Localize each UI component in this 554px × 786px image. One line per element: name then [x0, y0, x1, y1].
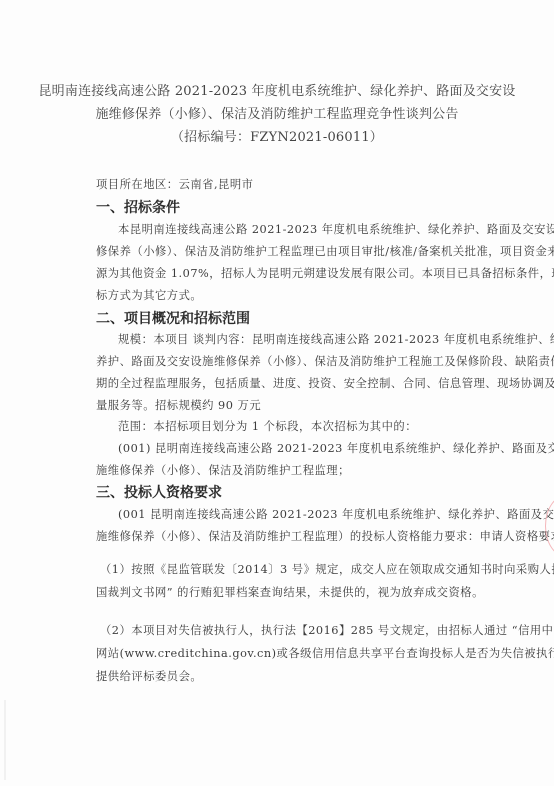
paragraph-line: 量服务等。招标规模约 90 万元: [96, 397, 261, 413]
project-location: 项目所在地区：云南省,昆明市: [96, 176, 253, 192]
section-1-heading: 一、招标条件: [96, 197, 180, 217]
red-seal-stamp: [545, 495, 554, 557]
paragraph-line: 规模：本项目 谈判内容：昆明南连接线高速公路 2021-2023 年度机电系统维…: [118, 331, 554, 347]
paragraph-line: 源为其他资金 1.07%，招标人为昆明元朔建设发展有限公司。本项目已具备招标条件…: [96, 265, 554, 281]
paragraph-line: 修保养（小修）、保洁及消防维护工程监理已由项目审批/核准/备案机关批准，项目资金…: [96, 243, 554, 259]
scan-edge-mark: [4, 700, 6, 780]
paragraph-line: 施维修保养（小修）、保洁及消防维护工程监理）的投标人资格能力要求：申请人资格要求: [96, 528, 554, 544]
title-line-1: 昆明南连接线高速公路 2021-2023 年度机电系统维护、绿化养护、路面及交安…: [0, 80, 554, 103]
document-page: 昆明南连接线高速公路 2021-2023 年度机电系统维护、绿化养护、路面及交安…: [0, 0, 554, 786]
section-3-heading: 三、投标人资格要求: [96, 482, 222, 502]
section-2-heading: 二、项目概况和招标范围: [96, 308, 250, 328]
clause-2-line: （2）本项目对失信被执行人，执行法【2016】285 号文规定，由招标人通过 “…: [100, 622, 554, 638]
paragraph-line: 养护、路面及交安设施维修保养（小修）、保洁及消防维护工程施工及保修阶段、缺陷责任: [96, 353, 554, 369]
tender-number: （招标编号：FZYN2021-06011）: [0, 126, 554, 149]
clause-1-line: 国裁判文书网” 的行贿犯罪档案查询结果，未提供的，视为放弃成交资格。: [96, 584, 484, 600]
paragraph-line: 标方式为其它方式。: [96, 287, 202, 303]
clause-1-line: （1）按照《昆监管联发〔2014〕3 号》规定，成交人应在领取成交通知书时向采购…: [100, 561, 554, 577]
paragraph-line: 范围：本招标项目划分为 1 个标段，本次招标为其中的：: [118, 418, 417, 434]
title-line-2: 施维修保养（小修）、保洁及消防维护工程监理竞争性谈判公告: [0, 103, 554, 126]
clause-2-line: 网站(www.creditchina.gov.cn)或各级信用信息共享平台查询投…: [96, 645, 554, 661]
document-title: 昆明南连接线高速公路 2021-2023 年度机电系统维护、绿化养护、路面及交安…: [0, 80, 554, 149]
paragraph-line: (001 昆明南连接线高速公路 2021-2023 年度机电系统维护、绿化养护、…: [118, 506, 554, 522]
paragraph-line: 本昆明南连接线高速公路 2021-2023 年度机电系统维护、绿化养护、路面及交…: [118, 221, 554, 237]
paragraph-line: (001) 昆明南连接线高速公路 2021-2023 年度机电系统维护、绿化养护…: [118, 440, 554, 456]
paragraph-line: 期的全过程监理服务，包括质量、进度、投资、安全控制、合同、信息管理、现场协调及计: [96, 375, 554, 391]
paragraph-line: 施维修保养（小修）、保洁及消防维护工程监理；: [96, 462, 350, 478]
clause-2-line: 提供给评标委员会。: [96, 668, 202, 684]
